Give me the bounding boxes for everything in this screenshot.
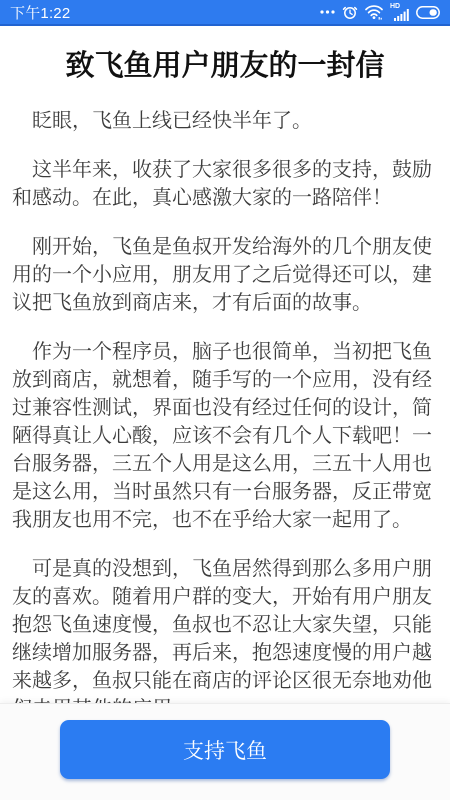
letter-paragraph: 作为一个程序员，脑子也很简单，当初把飞鱼放到商店，就想着，随手写的一个应用，没有… — [12, 338, 438, 534]
status-bar: 下午1:22 HD — [0, 0, 450, 26]
letter-title: 致飞鱼用户朋友的一封信 — [0, 46, 450, 86]
support-feiyu-button[interactable]: 支持飞鱼 — [60, 720, 390, 779]
status-time: 下午1:22 — [10, 2, 70, 23]
letter-paragraph: 这半年来，收获了大家很多很多的支持，鼓励和感动。在此，真心感激大家的一路陪伴！ — [12, 156, 438, 212]
letter-body: 眨眼，飞鱼上线已经快半年了。这半年来，收获了大家很多很多的支持，鼓励和感动。在此… — [0, 107, 450, 703]
letter-paragraph: 可是真的没想到，飞鱼居然得到那么多用户朋友的喜欢。随着用户群的变大，开始有用户朋… — [12, 555, 438, 703]
letter-paragraph: 刚开始，飞鱼是鱼叔开发给海外的几个朋友使用的一个小应用，朋友用了之后觉得还可以，… — [12, 233, 438, 317]
battery-icon — [416, 6, 440, 19]
app-screen: 下午1:22 HD — [0, 0, 450, 800]
status-icons: HD — [320, 4, 440, 21]
signal-bars-icon — [394, 9, 409, 21]
alarm-icon — [342, 4, 358, 20]
wifi-icon — [365, 5, 383, 20]
bottom-action-bar: 支持飞鱼 — [0, 703, 450, 800]
letter-content[interactable]: 致飞鱼用户朋友的一封信 眨眼，飞鱼上线已经快半年了。这半年来，收获了大家很多很多… — [0, 26, 450, 703]
more-notifications-icon — [320, 10, 335, 14]
letter-paragraph: 眨眼，飞鱼上线已经快半年了。 — [12, 107, 438, 135]
hd-signal-icon: HD — [390, 4, 409, 21]
